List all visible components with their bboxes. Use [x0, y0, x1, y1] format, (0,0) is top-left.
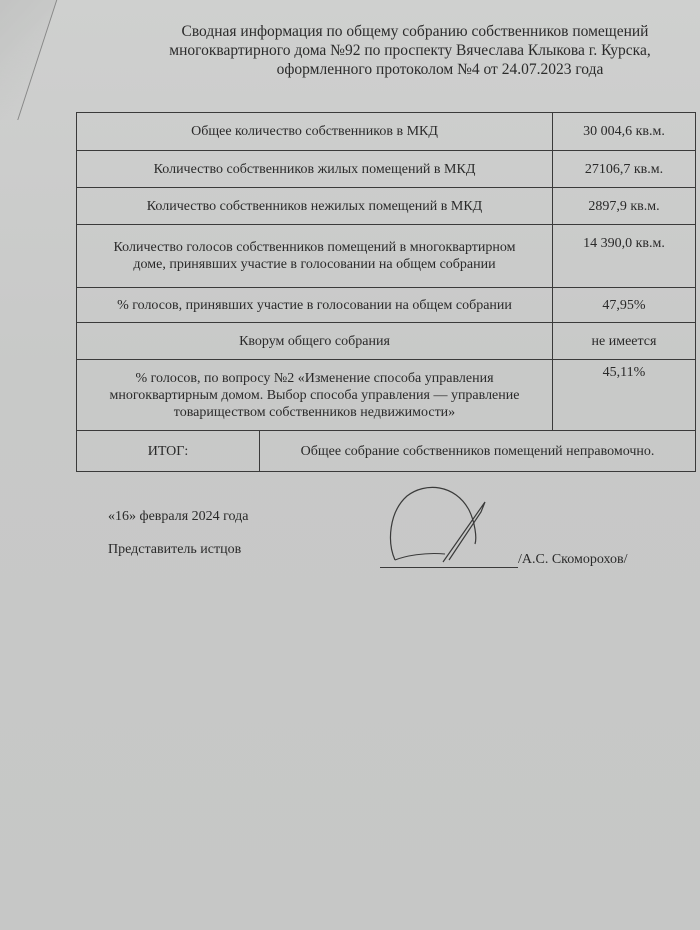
row-label-line: % голосов, по вопросу №2 «Изменение спос… — [83, 370, 546, 387]
result-text: Общее собрание собственников помещений н… — [260, 431, 696, 472]
heading-line-3: оформленного протоколом №4 от 24.07.2023… — [150, 60, 670, 79]
table-row: Кворум общего собрания не имеется — [77, 323, 696, 360]
table-row: % голосов, принявших участие в голосован… — [77, 288, 696, 323]
row-value: не имеется — [553, 323, 696, 360]
row-value: 2897,9 кв.м. — [553, 188, 696, 225]
row-value: 45,11% — [553, 360, 696, 431]
row-value: 14 390,0 кв.м. — [553, 225, 696, 288]
page-fold-shadow — [0, 0, 64, 120]
row-label: % голосов, по вопросу №2 «Изменение спос… — [77, 360, 553, 431]
row-label: % голосов, принявших участие в голосован… — [77, 288, 553, 323]
summary-table: Общее количество собственников в МКД 30 … — [76, 112, 696, 472]
table-row: Количество собственников жилых помещений… — [77, 151, 696, 188]
result-row: ИТОГ: Общее собрание собственников помещ… — [77, 431, 696, 472]
table-row: % голосов, по вопросу №2 «Изменение спос… — [77, 360, 696, 431]
document-date: «16» февраля 2024 года — [108, 509, 249, 525]
result-label: ИТОГ: — [77, 431, 260, 472]
row-label-line: доме, принявших участие в голосовании на… — [83, 256, 546, 273]
row-label-line: Количество голосов собственников помещен… — [83, 239, 546, 256]
row-label: Количество собственников нежилых помещен… — [77, 188, 553, 225]
row-label: Общее количество собственников в МКД — [77, 113, 553, 151]
row-value: 30 004,6 кв.м. — [553, 113, 696, 151]
row-value: 27106,7 кв.м. — [553, 151, 696, 188]
heading-line-1: Сводная информация по общему собранию со… — [150, 22, 670, 41]
document-heading: Сводная информация по общему собранию со… — [150, 22, 670, 79]
table-row: Количество голосов собственников помещен… — [77, 225, 696, 288]
table-row: Общее количество собственников в МКД 30 … — [77, 113, 696, 151]
representative-name: /А.С. Скоморохов/ — [518, 552, 627, 568]
heading-line-2: многоквартирного дома №92 по проспекту В… — [150, 41, 670, 60]
table-row: Количество собственников нежилых помещен… — [77, 188, 696, 225]
representative-label: Представитель истцов — [108, 542, 241, 558]
row-value: 47,95% — [553, 288, 696, 323]
signature-icon — [385, 482, 495, 572]
row-label-line: многоквартирным домом. Выбор способа упр… — [83, 387, 546, 404]
signature-line — [380, 567, 518, 568]
row-label: Количество собственников жилых помещений… — [77, 151, 553, 188]
row-label: Количество голосов собственников помещен… — [77, 225, 553, 288]
row-label-line: товариществом собственников недвижимости… — [83, 404, 546, 421]
row-label: Кворум общего собрания — [77, 323, 553, 360]
